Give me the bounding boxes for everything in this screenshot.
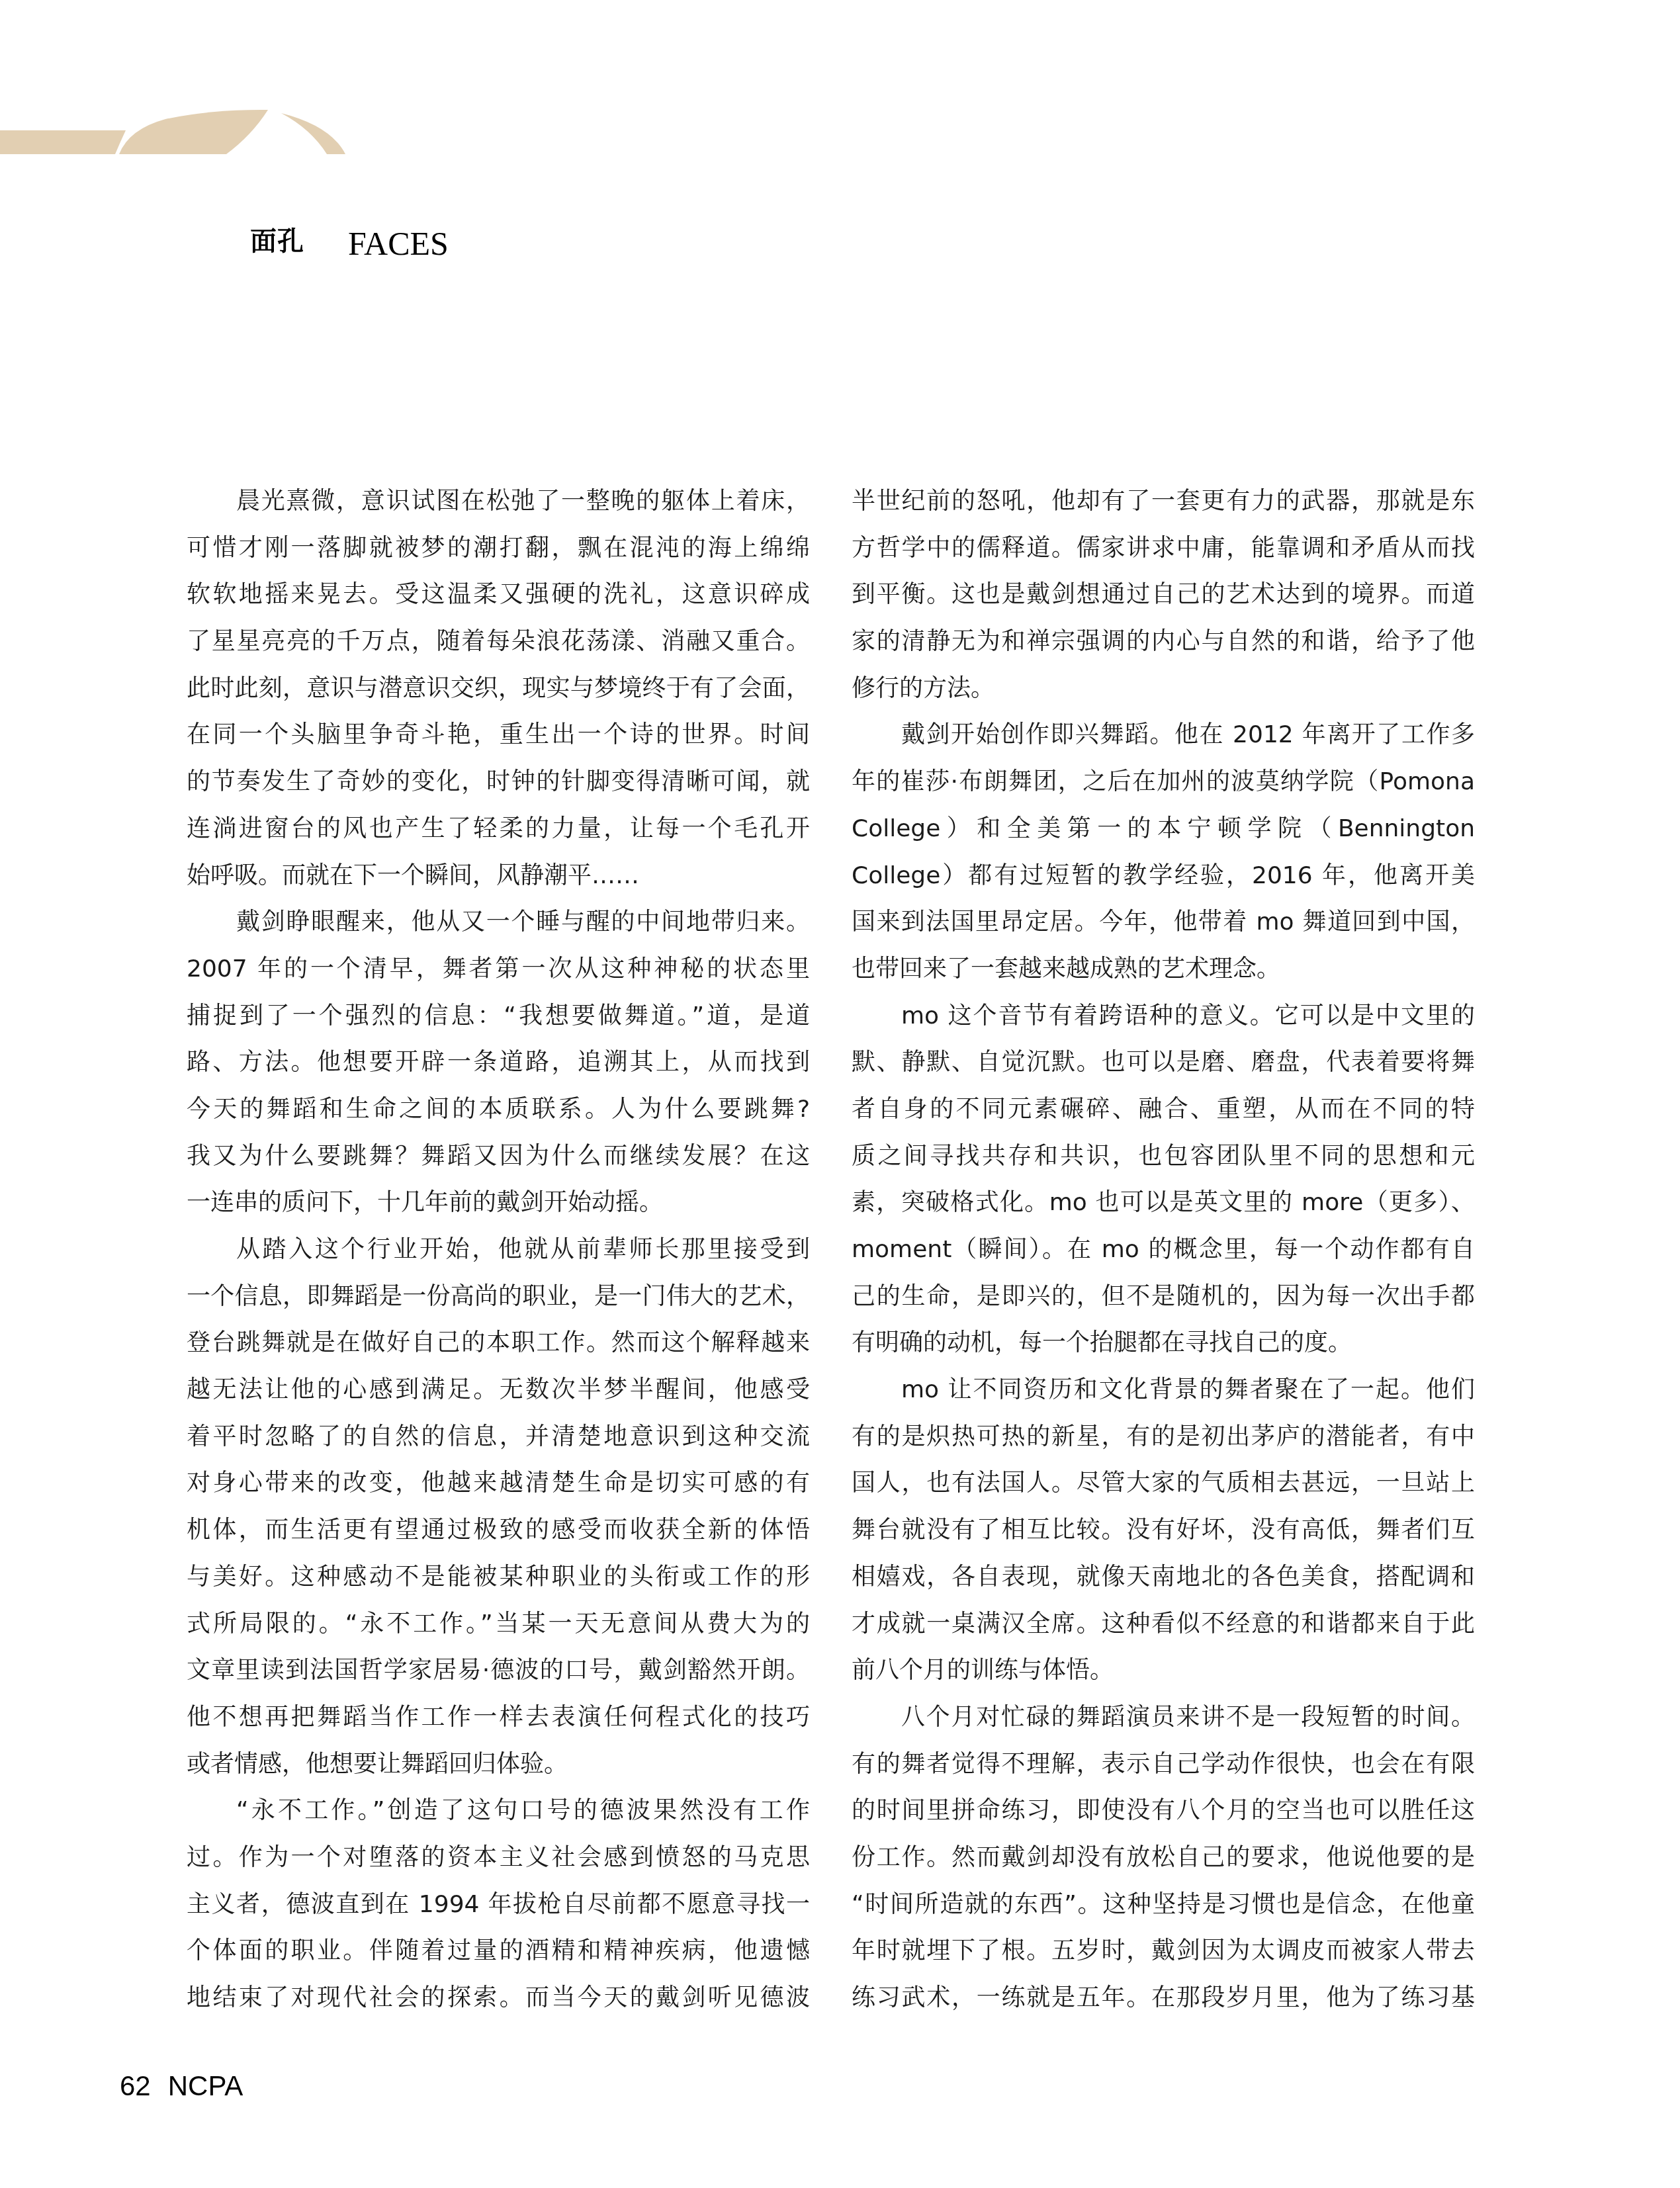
text-line: 的节奏发生了奇妙的变化，时钟的针脚变得清晰可闻，就 bbox=[187, 759, 810, 806]
text-line: 国来到法国里昂定居。今年，他带着 mo 舞道回到中国， bbox=[852, 899, 1475, 946]
section-header: 面孔 FACES bbox=[0, 99, 476, 179]
text-line: 可惜才刚一落脚就被梦的潮打翻，飘在混沌的海上绵绵 bbox=[187, 525, 810, 572]
article-column-right: 半世纪前的怒吼，他却有了一套更有力的武器，那就是东方哲学中的儒释道。儒家讲求中庸… bbox=[852, 478, 1475, 2022]
text-line: 才成就一桌满汉全席。这种看似不经意的和谐都来自于此 bbox=[852, 1601, 1475, 1648]
text-line: 练习武术，一练就是五年。在那段岁月里，他为了练习基 bbox=[852, 1975, 1475, 2022]
text-line: 在同一个头脑里争奇斗艳，重生出一个诗的世界。时间 bbox=[187, 712, 810, 759]
header-arc-decoration bbox=[0, 99, 476, 179]
page-footer: 62NCPA bbox=[120, 2070, 243, 2103]
text-line: 国人，也有法国人。尽管大家的气质相去甚远，一旦站上 bbox=[852, 1460, 1475, 1507]
text-line: 捕捉到了一个强烈的信息：“我想要做舞道。”道，是道 bbox=[187, 993, 810, 1040]
text-line: 或者情感，他想要让舞蹈回归体验。 bbox=[187, 1741, 810, 1788]
text-line: mo 让不同资历和文化背景的舞者聚在了一起。他们 bbox=[852, 1367, 1475, 1414]
text-line: 文章里读到法国哲学家居易·德波的口号，戴剑豁然开朗。 bbox=[187, 1647, 810, 1694]
text-line: College）都有过短暂的教学经验，2016 年，他离开美 bbox=[852, 853, 1475, 900]
text-line: 对身心带来的改变，他越来越清楚生命是切实可感的有 bbox=[187, 1460, 810, 1507]
text-line: 质之间寻找共存和共识，也包容团队里不同的思想和元 bbox=[852, 1133, 1475, 1180]
text-line: 登台跳舞就是在做好自己的本职工作。然而这个解释越来 bbox=[187, 1320, 810, 1367]
text-line: College）和全美第一的本宁顿学院（Bennington bbox=[852, 806, 1475, 853]
section-title-en: FACES bbox=[348, 225, 449, 262]
text-line: “时间所造就的东西”。这种坚持是习惯也是信念，在他童 bbox=[852, 1882, 1475, 1929]
text-line: 着平时忽略了的自然的信息，并清楚地意识到这种交流 bbox=[187, 1414, 810, 1461]
text-line: 从踏入这个行业开始，他就从前辈师长那里接受到 bbox=[187, 1227, 810, 1274]
text-line: 有明确的动机，每一个抬腿都在寻找自己的度。 bbox=[852, 1320, 1475, 1367]
text-line: 此时此刻，意识与潜意识交织，现实与梦境终于有了会面， bbox=[187, 666, 810, 713]
text-line: 我又为什么要跳舞？舞蹈又因为什么而继续发展？在这 bbox=[187, 1133, 810, 1180]
text-line: 有的是炽热可热的新星，有的是初出茅庐的潜能者，有中 bbox=[852, 1414, 1475, 1461]
text-line: 有的舞者觉得不理解，表示自己学动作很快，也会在有限 bbox=[852, 1741, 1475, 1788]
text-line: 连淌进窗台的风也产生了轻柔的力量，让每一个毛孔开 bbox=[187, 806, 810, 853]
text-line: 素，突破格式化。mo 也可以是英文里的 more（更多）、 bbox=[852, 1180, 1475, 1227]
text-line: 也带回来了一套越来越成熟的艺术理念。 bbox=[852, 946, 1475, 993]
text-line: 戴剑睁眼醒来，他从又一个睡与醒的中间地带归来。 bbox=[187, 899, 810, 946]
text-line: 的时间里拼命练习，即使没有八个月的空当也可以胜任这 bbox=[852, 1788, 1475, 1835]
text-line: 个体面的职业。伴随着过量的酒精和精神疾病，他遗憾 bbox=[187, 1928, 810, 1975]
text-line: 家的清静无为和禅宗强调的内心与自然的和谐，给予了他 bbox=[852, 619, 1475, 666]
publication-name: NCPA bbox=[168, 2070, 243, 2101]
article-column-left: 晨光熹微，意识试图在松弛了一整晚的躯体上着床，可惜才刚一落脚就被梦的潮打翻，飘在… bbox=[187, 478, 810, 2022]
text-line: 软软地摇来晃去。受这温柔又强硬的洗礼，这意识碎成 bbox=[187, 572, 810, 619]
text-line: 机体，而生活更有望通过极致的感受而收获全新的体悟 bbox=[187, 1507, 810, 1554]
page-number: 62 bbox=[120, 2070, 151, 2101]
text-line: 一连串的质问下，十几年前的戴剑开始动摇。 bbox=[187, 1180, 810, 1227]
text-line: 己的生命，是即兴的，但不是随机的，因为每一次出手都 bbox=[852, 1274, 1475, 1321]
text-line: 与美好。这种感动不是能被某种职业的头衔或工作的形 bbox=[187, 1554, 810, 1601]
text-line: 2007 年的一个清早，舞者第一次从这种神秘的状态里 bbox=[187, 946, 810, 993]
text-line: “永不工作。”创造了这句口号的德波果然没有工作 bbox=[187, 1788, 810, 1835]
text-line: 舞台就没有了相互比较。没有好坏，没有高低，舞者们互 bbox=[852, 1507, 1475, 1554]
text-line: 晨光熹微，意识试图在松弛了一整晚的躯体上着床， bbox=[187, 478, 810, 525]
text-line: 路、方法。他想要开辟一条道路，追溯其上，从而找到 bbox=[187, 1039, 810, 1086]
text-line: 过。作为一个对堕落的资本主义社会感到愤怒的马克思 bbox=[187, 1835, 810, 1882]
text-line: 主义者，德波直到在 1994 年拔枪自尽前都不愿意寻找一 bbox=[187, 1882, 810, 1929]
text-line: 修行的方法。 bbox=[852, 666, 1475, 713]
text-line: 地结束了对现代社会的探索。而当今天的戴剑听见德波 bbox=[187, 1975, 810, 2022]
text-line: 了星星亮亮的千万点，随着每朵浪花荡漾、消融又重合。 bbox=[187, 619, 810, 666]
text-line: 他不想再把舞蹈当作工作一样去表演任何程式化的技巧 bbox=[187, 1694, 810, 1741]
text-line: 八个月对忙碌的舞蹈演员来讲不是一段短暂的时间。 bbox=[852, 1694, 1475, 1741]
text-line: 一个信息，即舞蹈是一份高尚的职业，是一门伟大的艺术， bbox=[187, 1274, 810, 1321]
text-line: mo 这个音节有着跨语种的意义。它可以是中文里的 bbox=[852, 993, 1475, 1040]
text-line: 者自身的不同元素碾碎、融合、重塑，从而在不同的特 bbox=[852, 1086, 1475, 1133]
text-line: 年时就埋下了根。五岁时，戴剑因为太调皮而被家人带去 bbox=[852, 1928, 1475, 1975]
text-line: 份工作。然而戴剑却没有放松自己的要求，他说他要的是 bbox=[852, 1835, 1475, 1882]
text-line: moment（瞬间）。在 mo 的概念里，每一个动作都有自 bbox=[852, 1227, 1475, 1274]
text-line: 始呼吸。而就在下一个瞬间，风静潮平…… bbox=[187, 853, 810, 900]
text-line: 前八个月的训练与体悟。 bbox=[852, 1647, 1475, 1694]
text-line: 默、静默、自觉沉默。也可以是磨、磨盘，代表着要将舞 bbox=[852, 1039, 1475, 1086]
text-line: 相嬉戏，各自表现，就像天南地北的各色美食，搭配调和 bbox=[852, 1554, 1475, 1601]
text-line: 今天的舞蹈和生命之间的本质联系。人为什么要跳舞? bbox=[187, 1086, 810, 1133]
text-line: 式所局限的。“永不工作。”当某一天无意间从费大为的 bbox=[187, 1601, 810, 1648]
text-line: 戴剑开始创作即兴舞蹈。他在 2012 年离开了工作多 bbox=[852, 712, 1475, 759]
text-line: 到平衡。这也是戴剑想通过自己的艺术达到的境界。而道 bbox=[852, 572, 1475, 619]
text-line: 年的崔莎·布朗舞团，之后在加州的波莫纳学院（Pomona bbox=[852, 759, 1475, 806]
text-line: 方哲学中的儒释道。儒家讲求中庸，能靠调和矛盾从而找 bbox=[852, 525, 1475, 572]
text-line: 越无法让他的心感到满足。无数次半梦半醒间，他感受 bbox=[187, 1367, 810, 1414]
section-title-cn: 面孔 bbox=[250, 227, 304, 256]
text-line: 半世纪前的怒吼，他却有了一套更有力的武器，那就是东 bbox=[852, 478, 1475, 525]
